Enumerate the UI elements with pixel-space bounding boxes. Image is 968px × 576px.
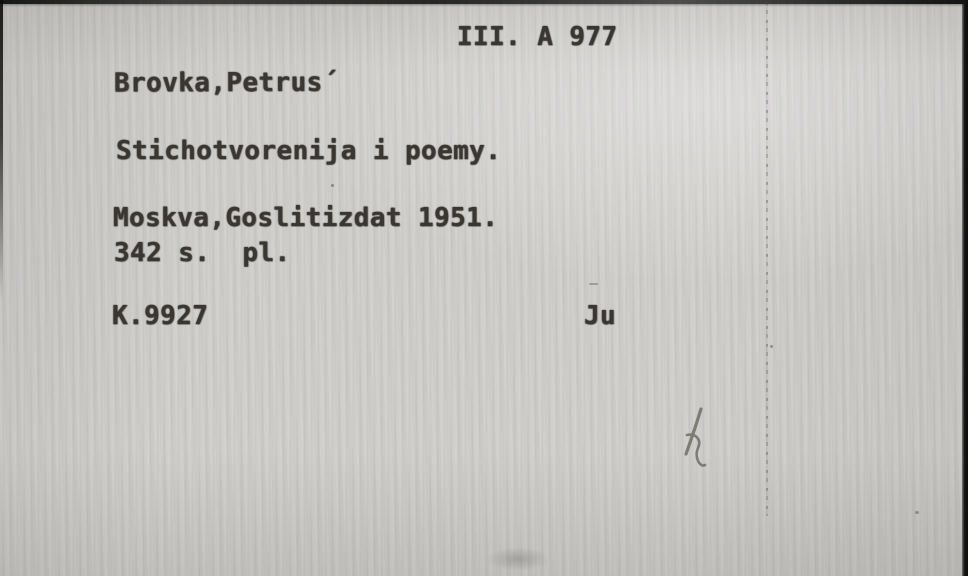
handwritten-k-mark [674,402,718,486]
card-right-edge [962,0,968,576]
card-crease-line [766,2,768,516]
library-catalog-card: III. A 977 Brovka,Petrus´ Stichotvorenij… [0,0,968,576]
paper-smudge [486,547,550,571]
title-line: Stichotvorenija i poemy. [116,136,501,166]
cataloger-initials: Ju [584,301,616,331]
card-top-edge [0,0,968,4]
paper-speck [331,184,334,187]
paper-speck [770,345,773,348]
classification-number: III. A 977 [457,22,618,52]
paper-speck [589,283,598,285]
author-line: Brovka,Petrus´ [114,68,339,99]
call-number: K.9927 [112,301,208,331]
paper-speck [915,511,919,514]
card-left-edge [0,0,3,300]
collation-line: 342 s. pl. [114,238,291,268]
imprint-line: Moskva,Goslitizdat 1951. [113,203,498,233]
